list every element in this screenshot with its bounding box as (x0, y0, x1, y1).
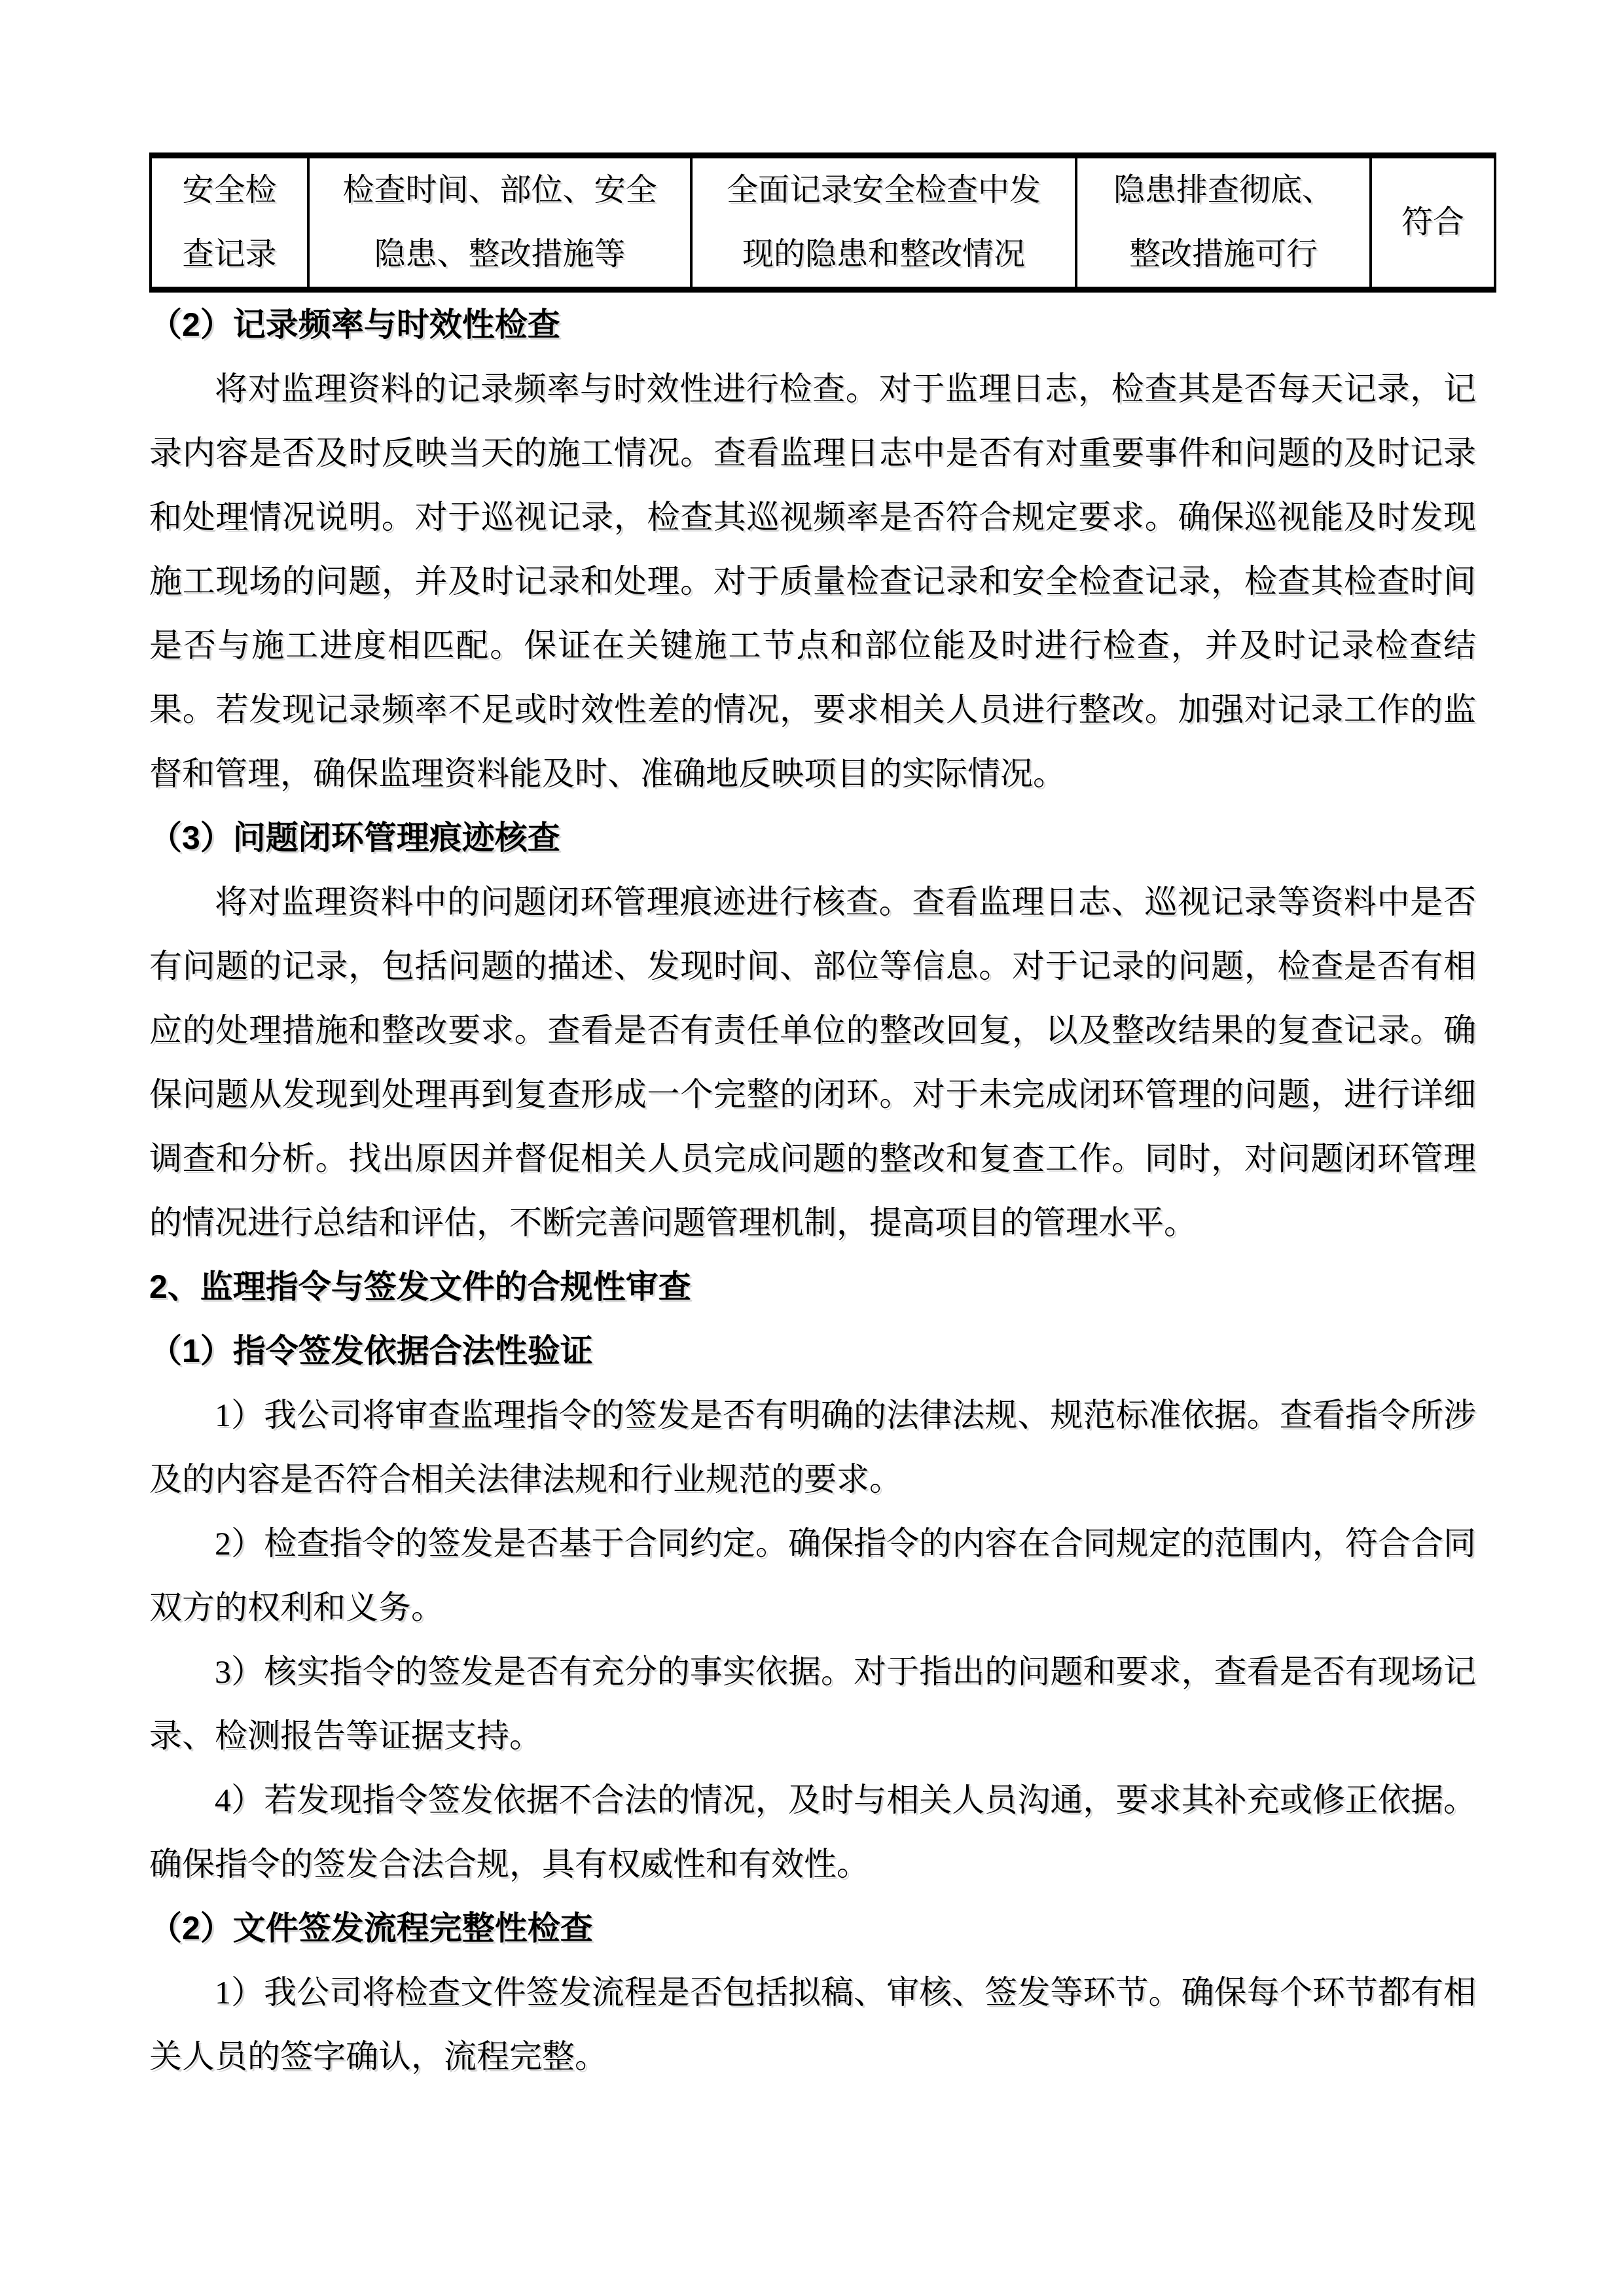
heading-document-issuance-process-completeness-check: （2）文件签发流程完整性检查 (149, 1896, 1476, 1960)
heading-directive-issuance-legality-verification: （1）指令签发依据合法性验证 (149, 1319, 1476, 1383)
paragraph-legality-item-1: 1）我公司将审查监理指令的签发是否有明确的法律法规、规范标准依据。查看指令所涉及… (149, 1383, 1476, 1511)
heading-problem-closed-loop-check: （3）问题闭环管理痕迹核查 (149, 806, 1476, 870)
table-row-safety-check-record: 安全检 查记录 检查时间、部位、安全 隐患、整改措施等 全面记录安全检查中发 现… (151, 156, 1495, 290)
paragraph-problem-closed-loop: 将对监理资料中的问题闭环管理痕迹进行核查。查看监理日志、巡视记录等资料中是否有问… (149, 870, 1476, 1255)
paragraph-record-frequency-timeliness: 将对监理资料的记录频率与时效性进行检查。对于监理日志，检查其是否每天记录，记录内… (149, 357, 1476, 806)
cell-evaluation-criteria: 隐患排查彻底、 整改措施可行 (1076, 156, 1371, 290)
supervision-record-review-table: 安全检 查记录 检查时间、部位、安全 隐患、整改措施等 全面记录安全检查中发 现… (149, 152, 1496, 293)
cell-check-content: 检查时间、部位、安全 隐患、整改措施等 (308, 156, 691, 290)
paragraph-legality-item-3: 3）核实指令的签发是否有充分的事实依据。对于指出的问题和要求，查看是否有现场记录… (149, 1640, 1476, 1768)
document-page: 安全检 查记录 检查时间、部位、安全 隐患、整改措施等 全面记录安全检查中发 现… (0, 0, 1624, 2296)
heading-chapter-2-directive-compliance-review: 2、监理指令与签发文件的合规性审查 (149, 1255, 1476, 1319)
cell-document-type: 安全检 查记录 (151, 156, 308, 290)
cell-review-result: 符合 (1371, 156, 1495, 290)
paragraph-process-item-1: 1）我公司将检查文件签发流程是否包括拟稿、审核、签发等环节。确保每个环节都有相关… (149, 1960, 1476, 2089)
paragraph-legality-item-4: 4）若发现指令签发依据不合法的情况，及时与相关人员沟通，要求其补充或修正依据。确… (149, 1768, 1476, 1896)
cell-record-requirement: 全面记录安全检查中发 现的隐患和整改情况 (691, 156, 1076, 290)
paragraph-legality-item-2: 2）检查指令的签发是否基于合同约定。确保指令的内容在合同规定的范围内，符合合同双… (149, 1511, 1476, 1640)
heading-record-frequency-timeliness-check: （2）记录频率与时效性检查 (149, 293, 1476, 357)
